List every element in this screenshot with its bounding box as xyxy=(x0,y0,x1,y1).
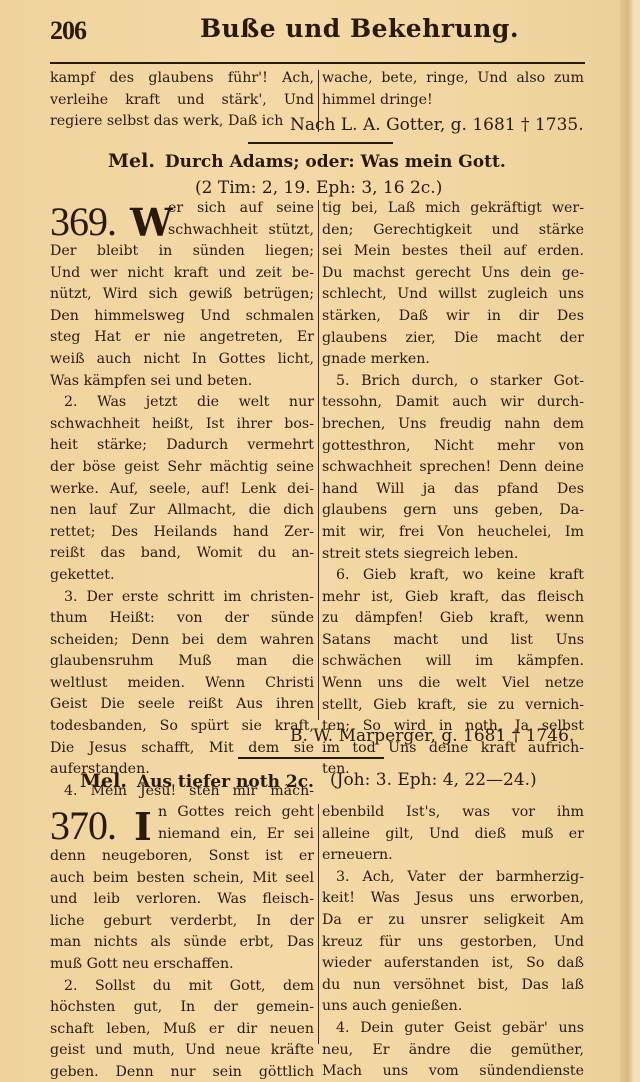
text-line: regiere selbst das werk, Daß ich xyxy=(50,111,314,133)
text-line: niemand ein, Er sei xyxy=(158,824,314,846)
drop-cap: I xyxy=(134,808,152,846)
running-title: Buße und Bekehrung. xyxy=(200,14,519,43)
hymn-attribution: Nach L. A. Gotter, g. 1681 † 1735. xyxy=(290,115,584,135)
verse-start-line: 2. Was jetzt die welt nur xyxy=(50,392,314,414)
hymn-number: 369. xyxy=(50,202,116,242)
section-rule xyxy=(238,757,384,759)
text-line: nen lauf Zur Allmacht, die dich xyxy=(50,500,314,522)
text-line: brechen, Uns freudig nahn dem xyxy=(322,414,584,436)
text-line: geben. Denn nur sein göttlich xyxy=(50,1062,314,1082)
text-line: tessohn, Damit auch wir durch- xyxy=(322,392,584,414)
text-line: Wenn uns die welt Viel netze xyxy=(322,673,584,695)
text-line: auch beim besten schein, Mit seel xyxy=(50,868,314,890)
hymn-369-left-column: Der bleibt in sünden liegen; Und wer nic… xyxy=(50,241,314,802)
text-line: wieder auferstanden ist, So daß xyxy=(322,953,584,975)
text-line: keit! Was Jesus uns erworben, xyxy=(322,888,584,910)
text-line: scheiden; Denn bei dem wahren xyxy=(50,630,314,652)
text-line: rettet; Des Heilands hand Zer- xyxy=(50,522,314,544)
hymn-370-right-column: ebenbild Ist's, was vor ihm alleine gilt… xyxy=(322,802,584,1082)
text-line: denn neugeboren, Sonst ist er xyxy=(50,846,314,868)
column-divider xyxy=(318,200,319,720)
text-line: gekettet. xyxy=(50,565,314,587)
verse-start-line: 4. Dein guter Geist gebär' uns xyxy=(322,1018,584,1040)
column-divider xyxy=(318,804,319,1044)
scripture-reference: (Joh: 3. Eph: 4, 22—24.) xyxy=(330,770,537,790)
text-line: glaubens gern uns geben, Da- xyxy=(322,500,584,522)
text-line: Den himmelsweg Und schmalen xyxy=(50,306,314,328)
text-line: reißt das band, Womit du an- xyxy=(50,543,314,565)
text-line: mehr ist, Gieb kraft, das fleisch xyxy=(322,587,584,609)
verse-start-line: 3. Ach, Vater der barmherzig- xyxy=(322,867,584,889)
text-line: stärken, Daß wir in dir Des xyxy=(322,306,584,328)
verse-start-line: 3. Der erste schritt im christen- xyxy=(50,587,314,609)
text-line: Der bleibt in sünden liegen; xyxy=(50,241,314,263)
text-line: schaft leben, Muß er dir neuen xyxy=(50,1019,314,1041)
text-line: schwächen will im kämpfen. xyxy=(322,651,584,673)
text-line: glaubens zier, Die macht der xyxy=(322,328,584,350)
text-line: man nichts als sünde erbt, Das xyxy=(50,932,314,954)
text-line: schwachheit sprechen! Denn deine xyxy=(322,457,584,479)
melody-prefix: Mel. xyxy=(108,150,155,172)
text-line: Satans macht und list Uns xyxy=(322,630,584,652)
text-line: todesbanden, So spürt sie kraft, xyxy=(50,716,314,738)
text-line: er sich auf seine xyxy=(168,198,314,220)
text-line: kampf des glaubens führ'! Ach, xyxy=(50,68,314,90)
text-line: Da er zu unsrer seligkeit Am xyxy=(322,910,584,932)
text-line: zu dämpfen! Gieb kraft, wenn xyxy=(322,608,584,630)
melody-text: Aus tiefer noth 2c. xyxy=(137,772,314,792)
text-line: der böse geist Sehr mächtig seine xyxy=(50,457,314,479)
text-line: gnade merken. xyxy=(322,349,584,371)
text-line: Und wer nicht kraft und zeit be- xyxy=(50,263,314,285)
page-header: 206 Buße und Bekehrung. xyxy=(50,14,585,50)
text-line: n Gottes reich geht xyxy=(158,802,314,824)
text-line: ebenbild Ist's, was vor ihm xyxy=(322,802,584,824)
text-line: werke. Auf, seele, auf! Lenk dei- xyxy=(50,479,314,501)
melody-line: Mel. Durch Adams; oder: Was mein Gott. xyxy=(108,150,506,172)
hymn-first-lines: er sich auf seine schwachheit stützt, xyxy=(168,198,314,241)
text-line: liche geburt verderbt, In der xyxy=(50,911,314,933)
text-line: alleine gilt, Und dieß muß er xyxy=(322,824,584,846)
text-line: thum Heißt: von der sünde xyxy=(50,608,314,630)
text-line: du nun versöhnet bist, Das laß xyxy=(322,975,584,997)
text-line: neu, Er ändre die gemüther, xyxy=(322,1040,584,1062)
text-line: himmel dringe! xyxy=(322,90,584,112)
text-line: mit wir, frei Von heuchelei, Im xyxy=(322,522,584,544)
text-line: Mach uns vom sündendienste xyxy=(322,1061,584,1082)
text-line: höchsten gut, In der gemein- xyxy=(50,997,314,1019)
text-line: verleihe kraft und stärk', Und xyxy=(50,90,314,112)
verse-start-line: 6. Gieb kraft, wo keine kraft xyxy=(322,565,584,587)
text-line: hand Will ja das pfand Des xyxy=(322,479,584,501)
text-line: Was kämpfen sei und beten. xyxy=(50,371,314,393)
text-line: nützt, Wird sich gewiß betrügen; xyxy=(50,284,314,306)
hymn-attribution: B. W. Marperger, g. 1681 † 1746. xyxy=(290,726,574,746)
page-edge-shadow xyxy=(620,0,640,1082)
melody-text: Durch Adams; oder: Was mein Gott. xyxy=(165,152,506,172)
header-rule xyxy=(50,62,585,64)
text-line: Die Jesus schafft, Mit dem sie xyxy=(50,738,314,760)
hymn-369-right-column: tig bei, Laß mich gekräftigt wer- den; G… xyxy=(322,198,584,781)
hymn-first-lines: n Gottes reich geht niemand ein, Er sei xyxy=(158,802,314,845)
page-number: 206 xyxy=(50,16,86,46)
text-line: schlecht, Und willst zugleich uns xyxy=(322,284,584,306)
text-line: steg Hat er nie angetreten, Er xyxy=(50,327,314,349)
text-line: tig bei, Laß mich gekräftigt wer- xyxy=(322,198,584,220)
text-line: uns auch genießen. xyxy=(322,996,584,1018)
continuation-right-column: wache, bete, ringe, Und also zum himmel … xyxy=(322,68,584,111)
text-line: gottesthron, Nicht mehr von xyxy=(322,436,584,458)
text-line: schwachheit heißt, Ist ihrer bos- xyxy=(50,414,314,436)
verse-start-line: 2. Sollst du mit Gott, dem xyxy=(50,976,314,998)
text-line: schwachheit stützt, xyxy=(168,220,314,242)
melody-prefix: Mel. xyxy=(80,770,127,792)
text-line: erneuern. xyxy=(322,845,584,867)
verse-start-line: 5. Brich durch, o starker Got- xyxy=(322,371,584,393)
text-line: stellt, Gieb kraft, sie zu vernich- xyxy=(322,695,584,717)
drop-cap: W xyxy=(130,204,173,242)
melody-line: Mel. Aus tiefer noth 2c. xyxy=(80,770,314,792)
text-line: glaubensruhm Muß man die xyxy=(50,651,314,673)
text-line: wache, bete, ringe, Und also zum xyxy=(322,68,584,90)
text-line: Geist Die seele reißt Aus ihren xyxy=(50,694,314,716)
text-line: den; Gerechtigkeit und stärke xyxy=(322,220,584,242)
text-line: muß Gott neu erschaffen. xyxy=(50,954,314,976)
text-line: kreuz für uns gestorben, Und xyxy=(322,932,584,954)
text-line: weltlust meiden. Wenn Christi xyxy=(50,673,314,695)
text-line: und leib verloren. Was fleisch- xyxy=(50,889,314,911)
section-rule xyxy=(248,142,393,144)
text-line: weiß auch nicht In Gottes licht, xyxy=(50,349,314,371)
hymn-number: 370. xyxy=(50,806,116,846)
text-line: sei Mein bestes theil auf erden. xyxy=(322,241,584,263)
continuation-left-column: kampf des glaubens führ'! Ach, verleihe … xyxy=(50,68,314,133)
scripture-reference: (2 Tim: 2, 19. Eph: 3, 16 2c.) xyxy=(195,178,442,198)
text-line: streit stets siegreich leben. xyxy=(322,544,584,566)
text-line: heit stärke; Dadurch vermehrt xyxy=(50,435,314,457)
text-line: Du machst gerecht Uns dein ge- xyxy=(322,263,584,285)
hymn-370-left-column: denn neugeboren, Sonst ist er auch beim … xyxy=(50,846,314,1082)
text-line: geist und muth, Und neue kräfte xyxy=(50,1040,314,1062)
